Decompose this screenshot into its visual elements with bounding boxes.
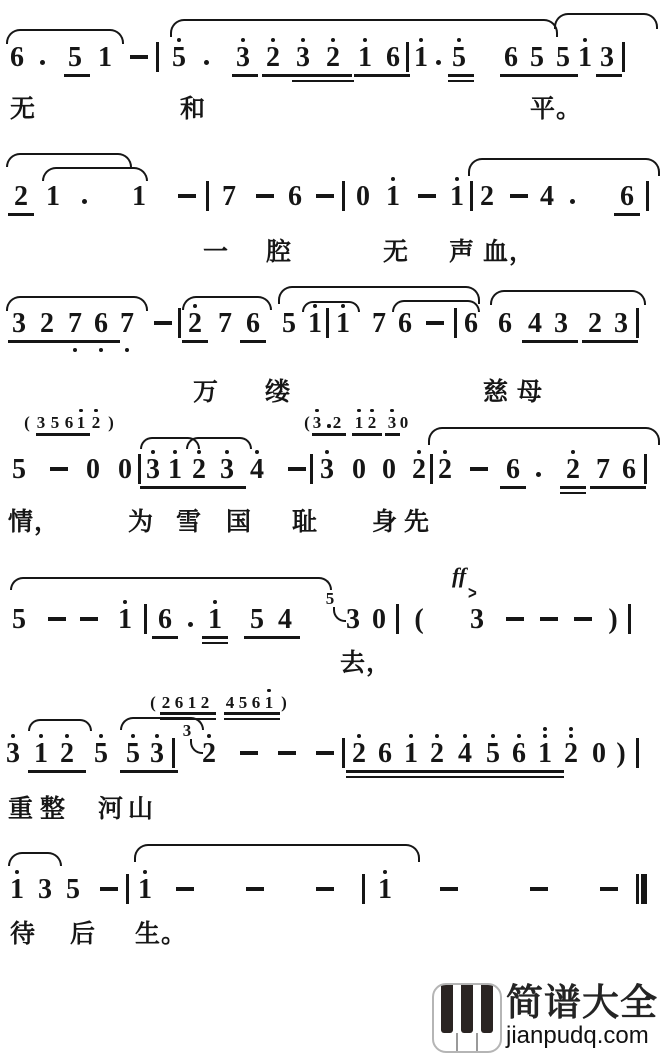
note-number: 3 <box>6 738 20 769</box>
note-token: 5 <box>168 43 190 77</box>
note-token: 5 <box>448 43 470 77</box>
note-number: 6 <box>504 42 518 73</box>
note-token: 5 <box>64 43 86 77</box>
octave-dot-low <box>90 348 112 352</box>
note-number: 3 <box>600 42 614 73</box>
note-token: 6 <box>618 455 640 489</box>
lyric-syllable: 耻 <box>292 502 318 538</box>
note-token: 6 <box>249 693 263 714</box>
note-number: ( <box>24 413 30 432</box>
octave-dot-high <box>508 734 530 739</box>
note-number: 2 <box>352 738 366 769</box>
note-number: 7 <box>120 308 134 339</box>
note-number: 5 <box>12 604 26 635</box>
octave-dot <box>390 409 393 412</box>
note-number: 2 <box>412 454 426 485</box>
barline <box>646 181 649 211</box>
octave-dot-high <box>352 409 366 413</box>
watermark: 简谱大全 jianpudq.com <box>432 983 658 1053</box>
augmentation-dot <box>40 60 45 65</box>
lyric-syllable: 情， <box>8 502 60 538</box>
lyric-syllable: 河 <box>98 789 124 825</box>
octave-dot <box>455 177 459 181</box>
octave-dot <box>213 600 217 604</box>
note-token: 1 <box>134 875 156 909</box>
note-token: 1 <box>6 875 28 909</box>
note-token: 5 <box>278 309 300 343</box>
dash-note <box>540 617 558 621</box>
barline <box>144 604 147 634</box>
piano-black-key <box>481 983 493 1033</box>
note-token: 7 <box>592 455 614 489</box>
octave-dot-high <box>90 734 112 739</box>
note-token: 1 <box>332 309 354 343</box>
note-token: 1 <box>400 739 422 773</box>
note-number: 0 <box>400 413 409 432</box>
note-number: 6 <box>65 413 74 432</box>
octave-dot <box>225 450 229 454</box>
note-token: 3 <box>292 43 314 77</box>
note-number: 3 <box>320 454 334 485</box>
note-number: 6 <box>498 308 512 339</box>
barline <box>362 874 365 904</box>
beam-underline <box>452 776 564 779</box>
octave-dot <box>99 348 103 352</box>
lyric-syllable: 为 <box>128 502 154 538</box>
note-number: 3 <box>346 604 360 635</box>
parenthesis: ) <box>602 605 624 639</box>
note-token: 2 <box>408 455 430 489</box>
barline <box>172 738 175 768</box>
augmentation-dot <box>188 622 193 627</box>
note-number: 6 <box>94 308 108 339</box>
barline <box>326 308 329 338</box>
system-7: 13511待后生。 <box>0 840 660 990</box>
note-token: 0 <box>378 455 400 489</box>
note-token: 5 <box>526 43 548 77</box>
octave-dot-high <box>292 38 314 43</box>
note-number: 7 <box>222 181 236 212</box>
note-token: 2 <box>560 739 582 773</box>
note-token: 7 <box>368 309 390 343</box>
augmentation-dot <box>204 60 209 65</box>
lyric-syllable: 血， <box>483 232 535 268</box>
note-token: 1 <box>94 43 116 77</box>
note-number: 0 <box>372 604 386 635</box>
note-token: 0 <box>348 455 370 489</box>
note-number: ) <box>281 693 287 712</box>
note-number: 1 <box>77 413 86 432</box>
system-1: 65153232161565513无和平。 <box>0 15 660 165</box>
octave-dot-high <box>348 734 370 739</box>
lyric-syllable: 去， <box>340 643 392 679</box>
note-number: 6 <box>620 181 634 212</box>
note-number: 3 <box>183 721 192 740</box>
note-number: 1 <box>538 738 552 769</box>
octave-dot <box>391 177 395 181</box>
lyric-syllable: 一 <box>203 232 229 268</box>
note-token: 2 <box>184 309 206 343</box>
note-token: 2 <box>434 455 456 489</box>
note-number: 1 <box>336 308 350 339</box>
octave-dot-high <box>134 870 156 875</box>
dash-note <box>470 467 488 471</box>
note-number: 5 <box>239 693 248 712</box>
octave-dot <box>123 600 127 604</box>
note-token: 6 <box>154 605 176 639</box>
octave-dot-high <box>114 600 136 605</box>
barline <box>644 454 647 484</box>
note-token: 1 <box>534 739 556 773</box>
lyric-syllable: 山 <box>128 789 154 825</box>
lyric-syllable: 雪 <box>176 502 202 538</box>
note-token: 6 <box>394 309 416 343</box>
note-number: 6 <box>10 42 24 73</box>
note-token: 0 <box>114 455 136 489</box>
octave-dot-high <box>426 734 448 739</box>
octave-dot <box>79 409 82 412</box>
barline <box>310 454 313 484</box>
dash-note <box>316 751 334 755</box>
note-token: 1 <box>374 875 396 909</box>
note-token: 5 <box>122 739 144 773</box>
note-token: 0 <box>588 739 610 773</box>
octave-dot-high <box>408 450 430 455</box>
note-number: 2 <box>438 454 452 485</box>
augmentation-dot <box>570 199 575 204</box>
note-number: 1 <box>355 413 364 432</box>
augmentation-dot <box>82 199 87 204</box>
note-token: 5 <box>8 455 30 489</box>
note-number: 5 <box>51 413 60 432</box>
slur-arc <box>490 290 646 305</box>
note-token: 4 <box>454 739 476 773</box>
note-token: 6 <box>242 309 264 343</box>
lyric-syllable: 身 <box>372 502 398 538</box>
note-number: 6 <box>506 454 520 485</box>
note-number: 0 <box>592 738 606 769</box>
note-number: 0 <box>352 454 366 485</box>
dash-note <box>418 194 436 198</box>
note-number: ( <box>414 604 423 635</box>
note-number: 1 <box>208 604 222 635</box>
system-4: (35612)(32123050031234300226276情，为雪国耻身先 <box>0 405 660 555</box>
octave-dot-high <box>232 38 254 43</box>
octave-dot-high <box>448 38 470 43</box>
octave-dot <box>409 734 413 738</box>
augmentation-dot <box>536 472 541 477</box>
barline <box>470 181 473 211</box>
octave-dot <box>357 734 361 738</box>
note-number: ( <box>150 693 156 712</box>
note-token: 2 <box>562 455 584 489</box>
note-token: 6 <box>500 43 522 77</box>
dash-note <box>600 887 618 891</box>
beam-underline <box>560 492 586 495</box>
octave-dot <box>363 38 367 42</box>
note-number: 1 <box>98 42 112 73</box>
augmentation-dot <box>436 60 441 65</box>
note-token: 3 <box>34 413 48 434</box>
note-number: 1 <box>308 308 322 339</box>
lyric-syllable: 整 <box>40 789 66 825</box>
note-token: 0 <box>82 455 104 489</box>
lyric-syllable: 腔 <box>266 232 292 268</box>
note-number: 1 <box>578 42 592 73</box>
note-number: 3 <box>388 413 397 432</box>
lyric-syllable: 母 <box>517 372 543 408</box>
beam-underline <box>292 80 354 83</box>
note-number: 0 <box>382 454 396 485</box>
note-number: 2 <box>192 454 206 485</box>
note-token: 4 <box>524 309 546 343</box>
octave-dot <box>271 38 275 42</box>
octave-dot <box>131 734 135 738</box>
octave-dot-high <box>304 304 326 309</box>
barline <box>156 42 159 72</box>
lyric-syllable: 缕 <box>265 372 291 408</box>
octave-dot-high <box>365 409 379 413</box>
note-token: 1 <box>352 413 366 434</box>
note-token: 3 <box>8 309 30 343</box>
lyric-syllable: 万 <box>193 372 219 408</box>
dash-note <box>506 617 524 621</box>
octave-dot-high <box>410 38 432 43</box>
octave-dot <box>341 304 345 308</box>
note-token: 2 <box>348 739 370 773</box>
octave-dot <box>543 727 547 731</box>
dash-note <box>176 887 194 891</box>
note-token: 2 <box>322 43 344 77</box>
dash-note <box>154 321 172 325</box>
octave-dot-high <box>246 450 268 455</box>
octave-dot <box>583 38 587 42</box>
octave-dot-high <box>322 38 344 43</box>
octave-dot <box>99 734 103 738</box>
octave-dot-high <box>122 734 144 739</box>
octave-dot <box>39 734 43 738</box>
system-6: (26124561)312553322612456120)重整河山 <box>0 685 660 835</box>
note-token: 6 <box>508 739 530 773</box>
note-number: 4 <box>540 181 554 212</box>
note-token: 5 <box>552 43 574 77</box>
note-token: 4 <box>536 182 558 216</box>
note-token: 2 <box>198 739 220 773</box>
dash-note <box>440 887 458 891</box>
note-number: 6 <box>512 738 526 769</box>
watermark-site: jianpudq.com <box>506 1023 658 1049</box>
note-token: 6 <box>6 43 28 77</box>
accent-mark: > <box>468 583 477 604</box>
dash-note <box>240 751 258 755</box>
note-token: 1 <box>128 182 150 216</box>
octave-dot-low <box>64 348 86 352</box>
octave-dot <box>177 38 181 42</box>
note-number: 1 <box>34 738 48 769</box>
dash-note <box>530 887 548 891</box>
lyric-syllable: 重 <box>8 789 34 825</box>
note-number: 2 <box>430 738 444 769</box>
note-number: 2 <box>92 413 101 432</box>
octave-dot <box>267 689 270 692</box>
note-number: 1 <box>132 181 146 212</box>
octave-dot-high <box>164 450 186 455</box>
piano-key-divider <box>456 1033 458 1051</box>
octave-dot <box>543 734 547 738</box>
octave-dot <box>193 304 197 308</box>
note-token: 3 <box>310 413 324 434</box>
octave-dot <box>315 409 318 412</box>
piano-keys-icon <box>432 983 502 1053</box>
note-number: 0 <box>356 181 370 212</box>
note-token: 7 <box>116 309 138 343</box>
dash-note <box>574 617 592 621</box>
note-number: 2 <box>188 308 202 339</box>
parenthesis: ) <box>610 739 632 773</box>
parenthesis: ( <box>408 605 430 639</box>
note-token: 3 <box>142 455 164 489</box>
note-token: 2 <box>36 309 58 343</box>
note-token: 2 <box>89 413 103 434</box>
lyric-syllable: 和 <box>180 89 206 125</box>
note-token: 7 <box>218 182 240 216</box>
octave-dot-high <box>142 450 164 455</box>
slur-arc <box>468 158 660 176</box>
barline <box>628 604 631 634</box>
note-number: 5 <box>66 874 80 905</box>
barline <box>454 308 457 338</box>
note-token: 2 <box>330 413 344 434</box>
note-token: 4 <box>274 605 296 639</box>
octave-dot-high <box>30 734 52 739</box>
note-number: 3 <box>236 42 250 73</box>
note-number: 5 <box>282 308 296 339</box>
note-number: 2 <box>14 181 28 212</box>
note-token: 3 <box>466 605 488 639</box>
octave-dot <box>325 450 329 454</box>
note-number: 2 <box>566 454 580 485</box>
note-number: 5 <box>94 738 108 769</box>
note-number: 1 <box>168 454 182 485</box>
lyric-syllable: 待 <box>10 914 36 950</box>
parenthesis: ( <box>20 413 34 434</box>
note-number: 3 <box>313 413 322 432</box>
note-number: 2 <box>564 738 578 769</box>
note-number: 5 <box>172 42 186 73</box>
octave-dot-high <box>262 689 276 693</box>
octave-dot-high <box>74 409 88 413</box>
note-number: 2 <box>202 738 216 769</box>
note-number: 1 <box>118 604 132 635</box>
octave-dot-high <box>562 450 584 455</box>
note-token: 6 <box>172 693 186 714</box>
barline <box>430 454 433 484</box>
octave-dot <box>151 450 155 454</box>
octave-dot-high <box>310 409 324 413</box>
slur-arc <box>6 153 132 167</box>
note-token: 6 <box>616 182 638 216</box>
lyric-syllable: 国 <box>226 502 252 538</box>
note-token: 5 <box>246 605 268 639</box>
note-token: 5 <box>236 693 250 714</box>
note-number: 5 <box>530 42 544 73</box>
octave-dot-high <box>560 727 582 739</box>
note-token: 2 <box>365 413 379 434</box>
note-number: 1 <box>46 181 60 212</box>
octave-dot-high <box>168 38 190 43</box>
octave-dot-high <box>382 177 404 182</box>
piano-black-key <box>461 983 473 1033</box>
octave-dot-high <box>56 734 78 739</box>
note-token: 1 <box>410 43 432 77</box>
note-token: 1 <box>42 182 64 216</box>
barline <box>206 181 209 211</box>
lyric-syllable: 生。 <box>135 914 187 950</box>
system-5: 516154530(3)ff>去， <box>0 555 660 705</box>
octave-dot-high <box>146 734 168 739</box>
note-token: 6 <box>284 182 306 216</box>
piano-key-divider <box>476 1033 478 1051</box>
note-token: 3 <box>596 43 618 77</box>
note-token: 1 <box>382 182 404 216</box>
octave-dot <box>457 38 461 42</box>
octave-dot-high <box>332 304 354 309</box>
note-token: 1 <box>446 182 468 216</box>
note-number: 1 <box>138 874 152 905</box>
octave-dot <box>313 304 317 308</box>
note-token: 3 <box>232 43 254 77</box>
octave-dot-high <box>216 450 238 455</box>
note-number: 0 <box>86 454 100 485</box>
barline <box>342 738 345 768</box>
note-number: ) <box>108 413 114 432</box>
note-token: 1 <box>74 413 88 434</box>
note-token: 6 <box>374 739 396 773</box>
octave-dot-high <box>6 870 28 875</box>
lyric-syllable: 无 <box>383 232 409 268</box>
beam-underline <box>224 718 280 721</box>
note-number: 5 <box>68 42 82 73</box>
note-number: 4 <box>250 454 264 485</box>
note-number: 6 <box>288 181 302 212</box>
note-token: 5 <box>90 739 112 773</box>
note-number: 5 <box>126 738 140 769</box>
octave-dot-high <box>454 734 476 739</box>
octave-dot-high <box>400 734 422 739</box>
parenthesis: ( <box>146 693 160 714</box>
note-number: 2 <box>40 308 54 339</box>
octave-dot-high <box>482 734 504 739</box>
note-number: 1 <box>188 693 197 712</box>
dash-note <box>178 194 196 198</box>
note-token: 6 <box>502 455 524 489</box>
note-token: 7 <box>214 309 236 343</box>
lyric-syllable: 无 <box>10 89 36 125</box>
barline <box>636 738 639 768</box>
note-token: 1 <box>114 605 136 639</box>
octave-dot <box>443 450 447 454</box>
note-number: 6 <box>378 738 392 769</box>
note-number: 5 <box>326 589 335 608</box>
note-number: 2 <box>162 693 171 712</box>
octave-dot <box>11 734 15 738</box>
note-number: 1 <box>450 181 464 212</box>
lyric-syllable: 慈 <box>483 372 509 408</box>
note-token: 0 <box>352 182 374 216</box>
note-token: 3 <box>550 309 572 343</box>
octave-dot <box>569 734 573 738</box>
note-token: 1 <box>574 43 596 77</box>
